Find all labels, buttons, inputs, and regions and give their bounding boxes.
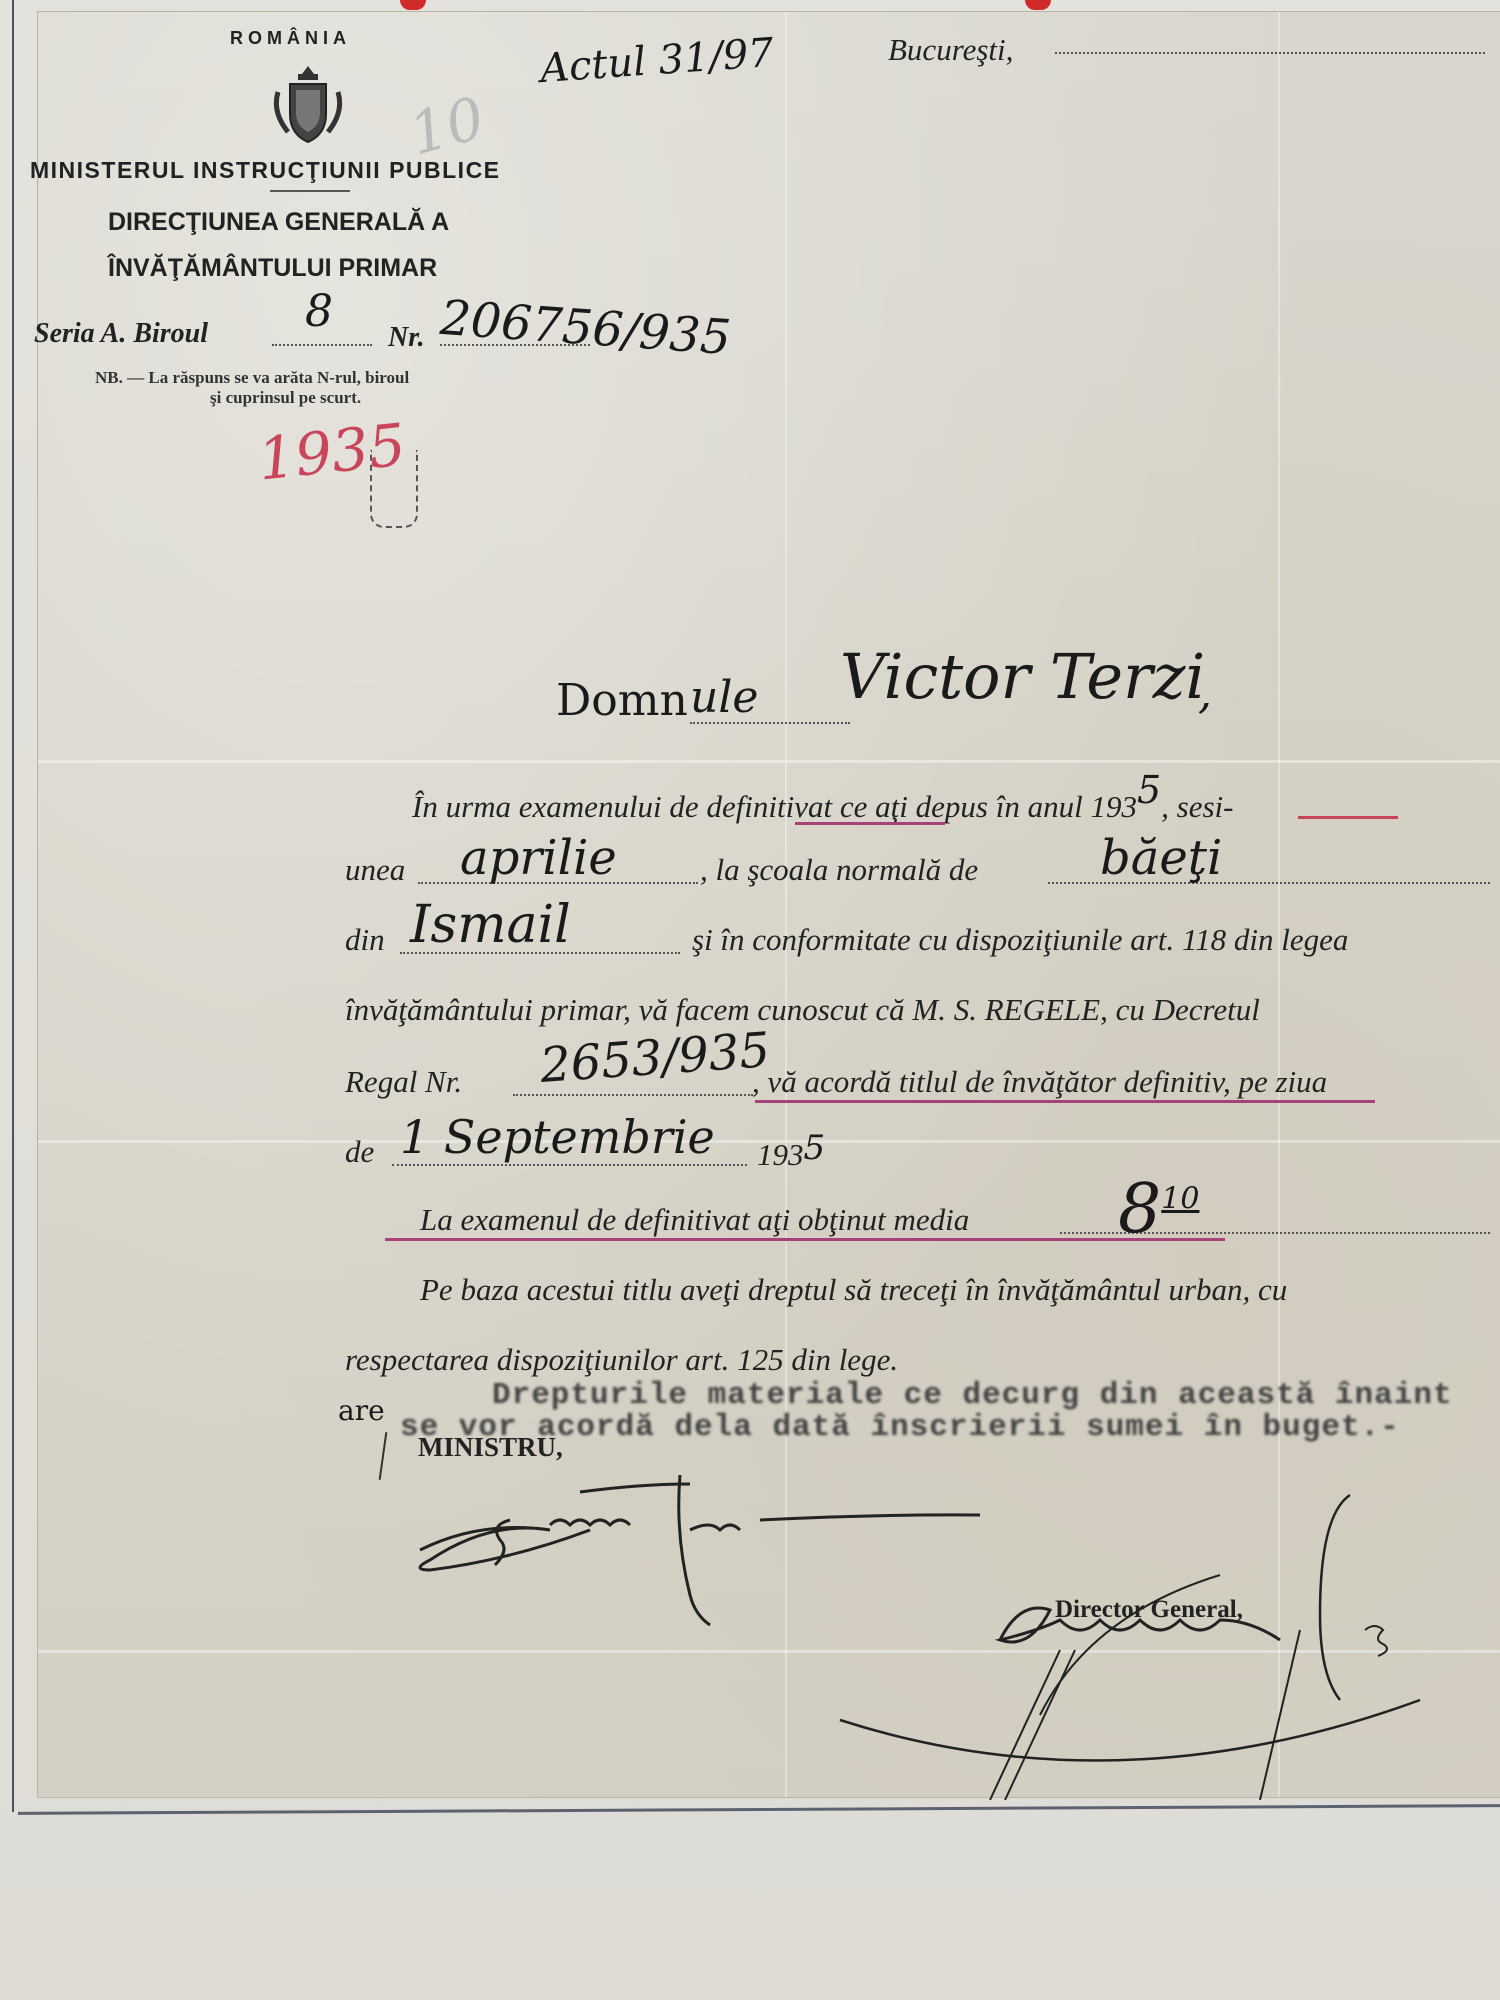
body-line-3b: şi în conformitate cu dispoziţiunile art… [692, 922, 1348, 958]
salutation-suffix: ule [690, 672, 758, 723]
body-line-3: din [345, 922, 385, 958]
body-text: şi în conformitate cu dispoziţiunile art… [692, 922, 1348, 957]
nb-note-line1: NB. — La răspuns se va arăta N-rul, biro… [95, 368, 409, 388]
body-line-6: de [345, 1134, 374, 1170]
body-text: , vă acordă titlul de învăţător definiti… [752, 1064, 1327, 1099]
seria-label: Seria A. Biroul [34, 318, 208, 350]
body-line-4: învăţământului primar, vă facem cunoscut… [345, 992, 1260, 1028]
effective-date-field [392, 1164, 747, 1166]
body-line-5: Regal Nr. [345, 1064, 462, 1100]
directorate-line1: DIRECŢIUNEA GENERALĂ A [108, 208, 449, 237]
minister-label: MINISTRU, [418, 1432, 563, 1463]
directorate-line2: ÎNVĂŢĂMÂNTULUI PRIMAR [108, 254, 437, 283]
effective-date-value: 1 Septembrie [400, 1110, 715, 1164]
body-line-7: La examenul de definitivat aţi obţinut m… [420, 1202, 969, 1238]
body-line-9: respectarea dispoziţiunilor art. 125 din… [345, 1342, 898, 1378]
fold-horizontal [38, 760, 1500, 763]
ornament-divider [270, 190, 350, 192]
nb-note-line2: şi cuprinsul pe scurt. [210, 388, 361, 408]
year-printed: 193 [757, 1137, 804, 1172]
body-line-6b: 1935 [757, 1134, 825, 1174]
date-field-blank [1055, 52, 1485, 54]
country-heading: ROMÂNIA [230, 28, 351, 49]
underlined-definitivat: definitivat [706, 789, 832, 824]
grade-decimal: 10 [1161, 1181, 1199, 1216]
underline-mark-media [385, 1238, 1225, 1241]
school-type-value: băeţi [1100, 830, 1222, 886]
year-printed: 193 [1090, 789, 1137, 824]
ministry-title: MINISTERUL INSTRUCŢIUNII PUBLICE [30, 157, 501, 184]
body-text: ce aţi depus în anul [840, 789, 1083, 824]
body-text: Regal Nr. [345, 1064, 462, 1099]
coat-of-arms-icon [268, 62, 348, 148]
birou-field [272, 344, 372, 346]
city-label: Bucureşti, [888, 32, 1013, 68]
salutation-prefix: Domn [556, 675, 688, 726]
handwritten-note-are: are [338, 1394, 385, 1427]
body-line-2: unea [345, 852, 405, 888]
recipient-name: Victor Terzi [840, 640, 1205, 713]
body-text: În urma examenului de [412, 789, 699, 824]
body-text: din [345, 922, 385, 957]
mount-border-left [12, 0, 14, 1812]
birou-value: 8 [305, 286, 333, 337]
decree-field [513, 1094, 753, 1096]
session-value: aprilie [460, 830, 617, 886]
underline-mark [795, 822, 945, 825]
nr-label: Nr. [388, 322, 425, 354]
typed-addendum-line1: Drepturile materiale ce decurg din aceas… [492, 1378, 1453, 1413]
year-handwritten: 5 [804, 1128, 826, 1168]
town-value: Ismail [410, 895, 571, 955]
director-signature [830, 1490, 1450, 1800]
pencil-bracket-mark [370, 450, 418, 528]
body-line-8: Pe baza acestui titlu aveţi dreptul să t… [420, 1272, 1287, 1308]
underline-mark-year [1298, 816, 1398, 819]
body-line-5b: , vă acordă titlul de învăţător definiti… [752, 1064, 1327, 1100]
salutation-comma: , [1198, 668, 1212, 719]
body-line-2b: , la şcoala normală de [700, 852, 978, 888]
body-text: , la şcoala normală de [700, 852, 978, 887]
underline-mark-title [755, 1100, 1375, 1103]
body-text: , sesi- [1161, 789, 1233, 824]
body-text: de [345, 1134, 374, 1169]
body-text: unea [345, 852, 405, 887]
year-handwritten: 5 [1137, 768, 1161, 812]
body-line-1: În urma examenului de definitivat ce aţi… [412, 782, 1233, 826]
